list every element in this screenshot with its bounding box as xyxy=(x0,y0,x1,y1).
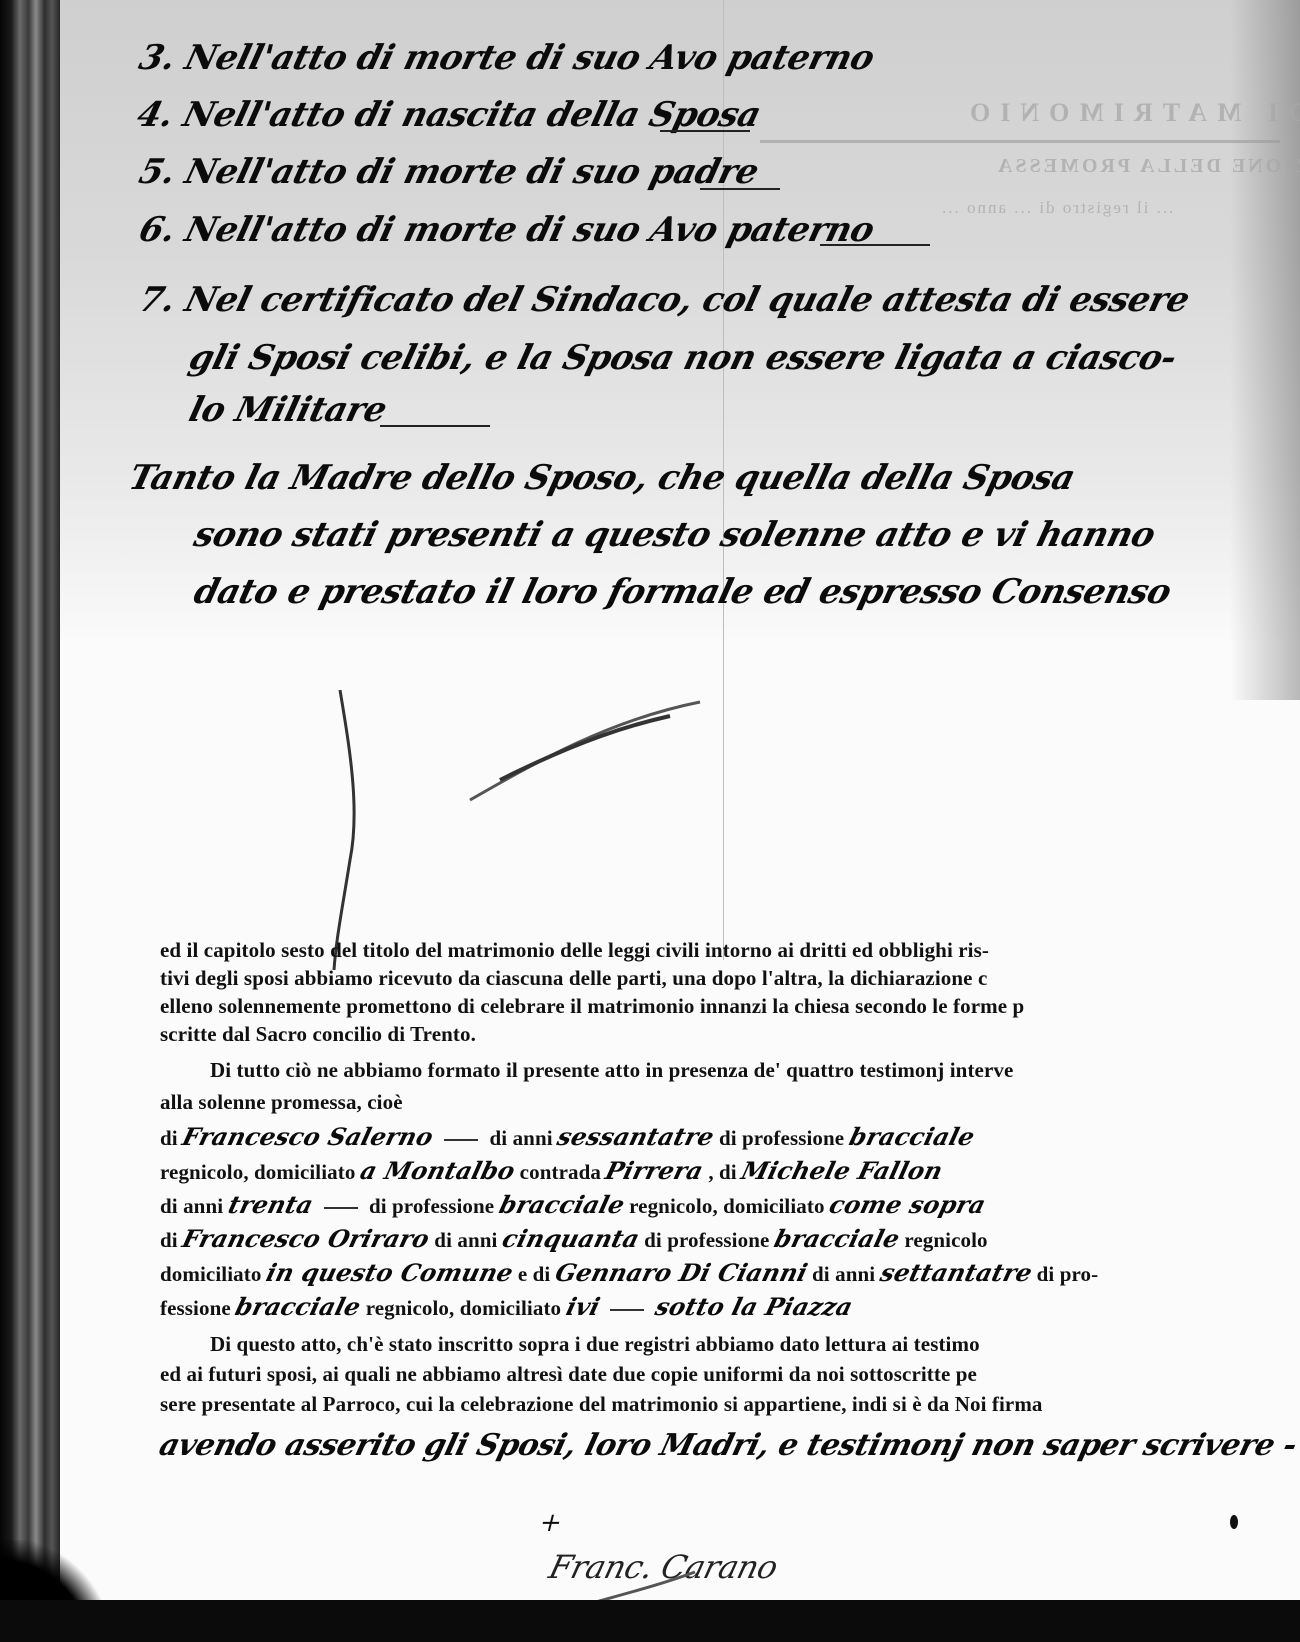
label: regnicolo, domiciliato xyxy=(366,1296,561,1320)
item-text: Nell'atto di morte di suo padre xyxy=(181,152,763,192)
witness-street-filled: Pirrera xyxy=(603,1156,707,1185)
item-text: Nel certificato del Sindaco, col quale a… xyxy=(181,280,1193,320)
underline xyxy=(700,188,780,190)
vertical-pen-stroke xyxy=(320,690,380,970)
label: di anni xyxy=(160,1194,223,1218)
bleed-through-line: ... il registro di ... anno ... xyxy=(940,198,1173,218)
page-bottom-edge xyxy=(0,1600,1300,1642)
printed-line: alla solenne promessa, cioè xyxy=(160,1090,403,1115)
handwritten-item-3: 3. Nell'atto di morte di suo Avo paterno xyxy=(135,38,878,78)
printed-line: scritte dal Sacro concilio di Trento. xyxy=(160,1022,476,1047)
signature-cross-mark: + xyxy=(536,1508,565,1538)
witness-name-filled: Gennaro Di Cianni xyxy=(552,1258,810,1287)
label: regnicolo, domiciliato xyxy=(629,1194,824,1218)
label: di anni xyxy=(812,1262,875,1286)
underline xyxy=(820,244,930,246)
book-binding xyxy=(0,0,62,1642)
handwritten-paragraph-line-3: dato e prestato il loro formale ed espre… xyxy=(190,572,1175,612)
witness-domicile-filled: a Montalbo xyxy=(357,1156,518,1185)
underline xyxy=(660,130,750,132)
witness-age-filled: settantatre xyxy=(877,1258,1035,1287)
witness-line-1: di Francesco Salerno di anni sessantatre… xyxy=(160,1122,974,1151)
label: fessione xyxy=(160,1296,231,1320)
witness-name-filled: Francesco Oriraro xyxy=(179,1224,432,1253)
item-text: Nell'atto di morte di suo Avo paterno xyxy=(181,210,878,250)
witness-line-4: di Francesco Oriraro di anni cinquanta d… xyxy=(160,1224,988,1253)
item-text: gli Sposi celibi, e la Sposa non essere … xyxy=(185,338,1180,378)
printed-line: ed il capitolo sesto del titolo del matr… xyxy=(160,938,989,963)
bleed-through-heading: ATTO DI MATRIMONIO xyxy=(960,98,1300,128)
witness-line-3: di anni trenta di professione bracciale … xyxy=(160,1190,985,1219)
diagonal-pen-stroke xyxy=(460,680,720,820)
dash xyxy=(610,1309,644,1311)
witness-street-filled: sotto la Piazza xyxy=(652,1292,855,1321)
label: contrada xyxy=(520,1160,601,1184)
handwritten-item-6: 6. Nell'atto di morte di suo Avo paterno xyxy=(135,210,878,250)
printed-line: Di questo atto, ch'è stato inscritto sop… xyxy=(210,1332,980,1357)
printed-line: ed ai futuri sposi, ai quali ne abbiamo … xyxy=(160,1362,977,1387)
bleed-through-subheading: TRASCRIZIONE DELLA PROMESSA xyxy=(995,155,1300,178)
witness-line-5: domiciliato in questo Comune e di Gennar… xyxy=(160,1258,1098,1287)
label: regnicolo, domiciliato xyxy=(160,1160,355,1184)
label: di professione xyxy=(644,1228,769,1252)
label: di xyxy=(160,1228,178,1252)
label: di professione xyxy=(719,1126,844,1150)
printed-line: elleno solennemente promettono di celebr… xyxy=(160,994,1024,1019)
label: di professione xyxy=(369,1194,494,1218)
handwritten-item-5: 5. Nell'atto di morte di suo padre xyxy=(135,152,763,192)
witness-age-filled: cinquanta xyxy=(499,1224,642,1253)
label: , di xyxy=(708,1160,736,1184)
label: di xyxy=(160,1126,178,1150)
printed-line: Di tutto ciò ne abbiamo formato il prese… xyxy=(210,1058,1013,1083)
witness-profession-filled: bracciale xyxy=(846,1122,977,1151)
witness-name-filled: Michele Fallon xyxy=(738,1156,945,1185)
witness-profession-filled: bracciale xyxy=(233,1292,364,1321)
witness-age-filled: trenta xyxy=(225,1190,316,1219)
witness-profession-filled: bracciale xyxy=(496,1190,627,1219)
label: domiciliato xyxy=(160,1262,261,1286)
handwritten-item-7: 7. Nel certificato del Sindaco, col qual… xyxy=(135,280,1193,320)
witness-line-2: regnicolo, domiciliato a Montalbo contra… xyxy=(160,1156,942,1185)
ink-mark xyxy=(1230,1515,1238,1529)
bleed-through-rule xyxy=(760,140,1280,143)
witness-domicile-filled: ivi xyxy=(563,1292,603,1321)
handwritten-item-4: 4. Nell'atto di nascita della Sposa xyxy=(133,95,765,135)
item-text: Nell'atto di morte di suo Avo paterno xyxy=(181,38,878,78)
dash xyxy=(324,1207,358,1209)
document-page: ATTO DI MATRIMONIO TRASCRIZIONE DELLA PR… xyxy=(60,0,1300,1610)
label: e di xyxy=(518,1262,551,1286)
handwritten-paragraph-line-1: Tanto la Madre dello Sposo, che quella d… xyxy=(125,458,1079,498)
label: regnicolo xyxy=(904,1228,987,1252)
item-text: Nell'atto di nascita della Sposa xyxy=(179,95,765,135)
printed-line: tivi degli sposi abbiamo ricevuto da cia… xyxy=(160,966,987,991)
item-text: lo Militare xyxy=(185,390,391,430)
handwritten-item-7-cont-2: lo Militare xyxy=(185,390,391,430)
witness-age-filled: sessantatre xyxy=(554,1122,717,1151)
witness-profession-filled: bracciale xyxy=(771,1224,902,1253)
witness-name-filled: Francesco Salerno xyxy=(179,1122,436,1151)
label: di anni xyxy=(490,1126,553,1150)
printed-line: sere presentate al Parroco, cui la celeb… xyxy=(160,1392,1043,1417)
label: di anni xyxy=(434,1228,497,1252)
dash xyxy=(444,1139,478,1141)
label: di pro- xyxy=(1037,1262,1099,1286)
underline xyxy=(380,425,490,427)
handwritten-paragraph-line-2: sono stati presenti a questo solenne att… xyxy=(190,515,1159,555)
handwritten-closing: avendo asserito gli Sposi, loro Madri, e… xyxy=(156,1428,1300,1463)
witness-domicile-filled: in questo Comune xyxy=(263,1258,516,1287)
handwritten-item-7-cont-1: gli Sposi celibi, e la Sposa non essere … xyxy=(185,338,1180,378)
witness-line-6: fessione bracciale regnicolo, domiciliat… xyxy=(160,1292,852,1321)
witness-domicile-filled: come sopra xyxy=(826,1190,988,1219)
